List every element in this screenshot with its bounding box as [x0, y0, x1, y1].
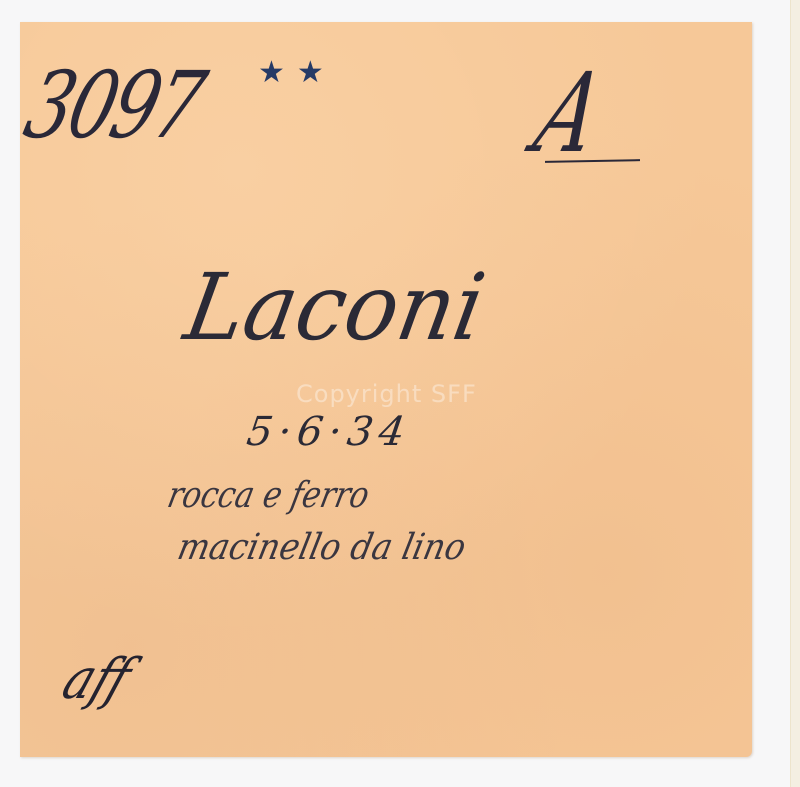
note-line: macinello da lino [174, 530, 468, 566]
copyright-watermark: Copyright SFF [296, 380, 477, 408]
catalog-number: 3097 [17, 60, 210, 152]
locality-name: Laconi [179, 262, 491, 354]
note-line: rocca e ferro [164, 478, 372, 514]
star-icon: ★★ [258, 58, 336, 88]
background-edge [790, 0, 800, 787]
collection-date: 5·6·34 [244, 412, 413, 452]
